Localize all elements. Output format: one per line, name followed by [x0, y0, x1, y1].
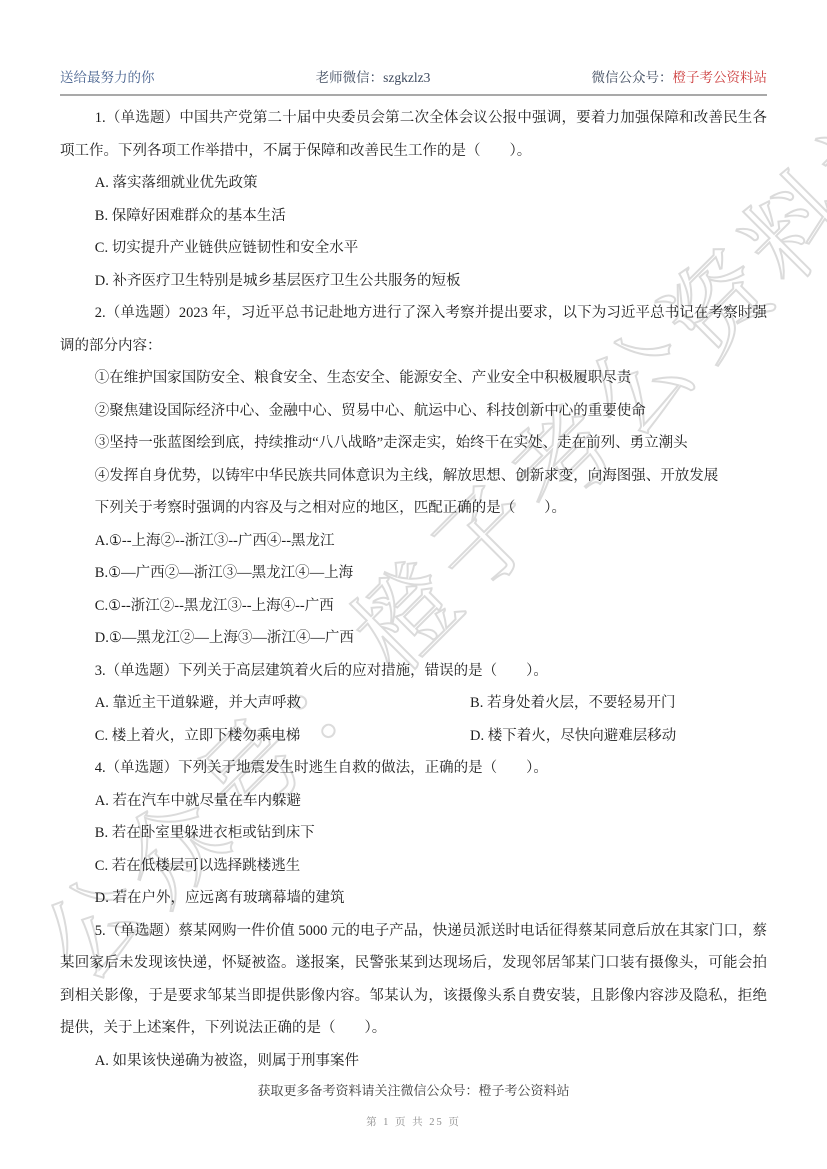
question-2-option-b: B.①—广西②—浙江③—黑龙江④—上海: [60, 557, 767, 590]
question-2-item-2: ②聚焦建设国际经济中心、金融中心、贸易中心、航运中心、科技创新中心的重要使命: [60, 395, 767, 428]
question-3-options-row-1: A. 靠近主干道躲避，并大声呼救 B. 若身处着火层，不要轻易开门: [60, 687, 767, 720]
question-3-options-row-2: C. 楼上着火，立即下楼勿乘电梯 D. 楼下着火，尽快向避难层移动: [60, 720, 767, 753]
question-4-option-c: C. 若在低楼层可以选择跳楼逃生: [60, 850, 767, 883]
question-2-item-1: ①在维护国家国防安全、粮食安全、生态安全、能源安全、产业安全中积极履职尽责: [60, 362, 767, 395]
question-4-option-d: D. 若在户外，应远离有玻璃幕墙的建筑: [60, 882, 767, 915]
official-account: 微信公众号：橙子考公资料站: [591, 66, 767, 86]
question-2-item-3: ③坚持一张蓝图绘到底，持续推动“八八战略”走深走实，始终干在实处、走在前列、勇立…: [60, 427, 767, 460]
page-header: 送给最努力的你 老师微信：szgkzlz3 微信公众号：橙子考公资料站: [60, 66, 767, 86]
question-2-item-4: ④发挥自身优势，以铸牢中华民族共同体意识为主线，解放思想、创新求变，向海图强、开…: [60, 460, 767, 493]
official-account-label: 微信公众号：: [591, 70, 672, 85]
question-1-option-c: C. 切实提升产业链供应链韧性和安全水平: [60, 232, 767, 265]
question-4-stem: 4.（单选题）下列关于地震发生时逃生自救的做法，正确的是（ ）。: [60, 752, 767, 785]
official-account-name: 橙子考公资料站: [672, 70, 767, 85]
question-2-stem-2: 下列关于考察时强调的内容及与之相对应的地区，匹配正确的是（ ）。: [60, 492, 767, 525]
question-3-stem: 3.（单选题）下列关于高层建筑着火后的应对措施，错误的是（ ）。: [60, 655, 767, 688]
question-3-option-a: A. 靠近主干道躲避，并大声呼救: [60, 687, 470, 720]
question-3-option-d: D. 楼下着火，尽快向避难层移动: [470, 720, 767, 753]
question-4-option-a: A. 若在汽车中就尽量在车内躲避: [60, 785, 767, 818]
teacher-wechat: 老师微信：szgkzlz3: [316, 66, 431, 86]
footer-notice: 获取更多备考资料请关注微信公众号：橙子考公资料站: [0, 1080, 827, 1099]
question-1-option-d: D. 补齐医疗卫生特别是城乡基层医疗卫生公共服务的短板: [60, 265, 767, 298]
question-2-option-d: D.①—黑龙江②—上海③—浙江④—广西: [60, 622, 767, 655]
question-2-option-c: C.①--浙江②--黑龙江③--上海④--广西: [60, 590, 767, 623]
question-5-stem: 5.（单选题）蔡某网购一件价值 5000 元的电子产品，快递员派送时电话征得蔡某…: [60, 915, 767, 1045]
question-list: 1.（单选题）中国共产党第二十届中央委员会第二次全体会议公报中强调，要着力加强保…: [60, 102, 767, 1077]
page-number: 第 1 页 共 25 页: [0, 1114, 827, 1129]
question-4-option-b: B. 若在卧室里躲进衣柜或钻到床下: [60, 817, 767, 850]
header-divider: [60, 94, 767, 96]
question-2-stem: 2.（单选题）2023 年，习近平总书记赴地方进行了深入考察并提出要求，以下为习…: [60, 297, 767, 362]
header-slogan: 送给最努力的你: [60, 66, 155, 86]
question-3-option-c: C. 楼上着火，立即下楼勿乘电梯: [60, 720, 470, 753]
question-3-option-b: B. 若身处着火层，不要轻易开门: [470, 687, 767, 720]
question-1-stem: 1.（单选题）中国共产党第二十届中央委员会第二次全体会议公报中强调，要着力加强保…: [60, 102, 767, 167]
question-5-option-a: A. 如果该快递确为被盗，则属于刑事案件: [60, 1045, 767, 1078]
document-page: 公众号：橙子考公资料站 送给最努力的你 老师微信：szgkzlz3 微信公众号：…: [0, 0, 827, 1169]
question-1-option-a: A. 落实落细就业优先政策: [60, 167, 767, 200]
question-1-option-b: B. 保障好困难群众的基本生活: [60, 200, 767, 233]
question-2-option-a: A.①--上海②--浙江③--广西④--黑龙江: [60, 525, 767, 558]
